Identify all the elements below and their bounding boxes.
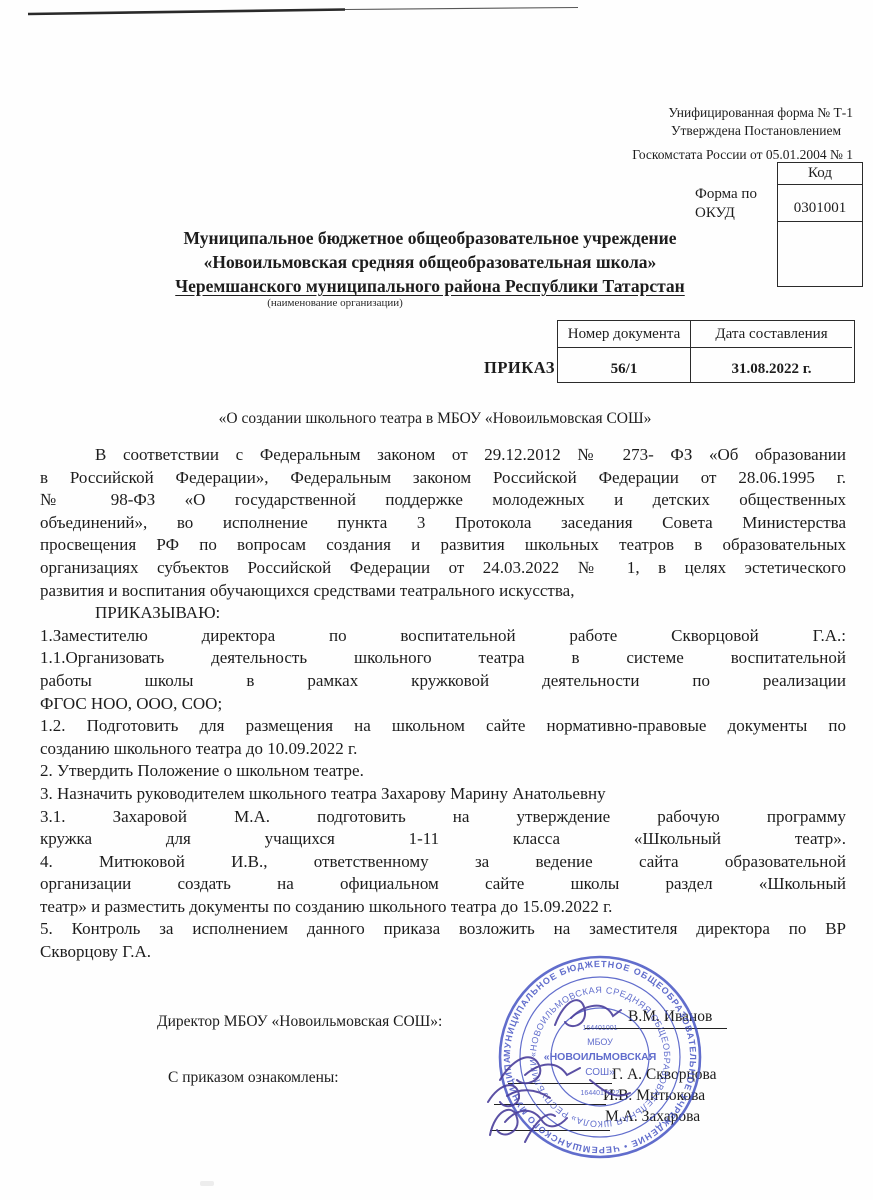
director-label: Директор МБОУ «Новоильмовская СОШ»: <box>157 1013 442 1031</box>
acknowledged-label: С приказом ознакомлены: <box>168 1069 339 1087</box>
body-line: 2. Утвердить Положение о школьном театре… <box>40 760 846 783</box>
order-title: ПРИКАЗ <box>484 358 555 378</box>
order-number-value: 56/1 <box>558 348 691 382</box>
order-body: В соответствии с Федеральным законом от … <box>40 444 846 964</box>
body-line: 3.1. Захаровой М.А. подготовить на утвер… <box>40 806 846 829</box>
organization-caption: (наименование организации) <box>65 297 605 309</box>
school-stamp: МУНИЦИПАЛЬНОЕ БЮДЖЕТНОЕ ОБЩЕОБРАЗОВАТЕЛЬ… <box>455 930 785 1190</box>
form-header: Унифицированная форма № Т-1 Утверждена П… <box>420 104 853 164</box>
body-line: созданию школьного театра до 10.09.2022 … <box>40 738 846 761</box>
stamp-bottom-code: 1644017022 <box>581 1090 620 1097</box>
organization-name: Муниципальное бюджетное общеобразователь… <box>65 226 795 298</box>
scan-smudge <box>200 1181 214 1186</box>
body-line: 1.1.Организовать деятельность школьного … <box>40 647 846 670</box>
body-line: работы школы в рамках кружковой деятельн… <box>40 670 846 693</box>
body-line: В соответствии с Федеральным законом от … <box>40 444 846 467</box>
document-page: Унифицированная форма № Т-1 Утверждена П… <box>0 0 873 1200</box>
form-header-line2: Утверждена Постановлением <box>420 122 853 140</box>
body-line: театр» и разместить документы по создани… <box>40 896 846 919</box>
body-line: ФГОС НОО, ООО, СОО; <box>40 693 846 716</box>
body-line: 3. Назначить руководителем школьного теа… <box>40 783 846 806</box>
organization-line3: Черемшанского муниципального района Респ… <box>65 274 795 298</box>
okud-code-header: Код <box>778 163 862 185</box>
body-line: 4. Митюковой И.В., ответственному за вед… <box>40 851 846 874</box>
stamp-center-line1: МБОУ <box>587 1037 613 1047</box>
order-number-header: Номер документа <box>558 321 691 348</box>
okud-label: Форма по ОКУД <box>695 185 775 223</box>
okud-label-line2: ОКУД <box>695 204 775 223</box>
body-line: в Российской Федерации», Федеральным зак… <box>40 467 846 490</box>
body-line: 1.2. Подготовить для размещения на школь… <box>40 715 846 738</box>
okud-code-value: 0301001 <box>778 185 862 222</box>
order-table: Номер документа Дата составления 56/1 31… <box>557 320 855 383</box>
okud-label-line1: Форма по <box>695 185 775 204</box>
body-line: объединений», во исполнение пункта 3 Про… <box>40 512 846 535</box>
order-date-value: 31.08.2022 г. <box>691 348 852 382</box>
scan-artifact-line <box>0 0 873 30</box>
order-date-header: Дата составления <box>691 321 852 348</box>
body-line: № 98-ФЗ «О государственной поддержке мол… <box>40 489 846 512</box>
form-header-line1: Унифицированная форма № Т-1 <box>420 104 853 122</box>
stamp-center-line2: «НОВОИЛЬМОВСКАЯ <box>544 1051 657 1063</box>
body-line: развития и воспитания обучающихся средст… <box>40 580 846 603</box>
body-line: организации создать на официальном сайте… <box>40 873 846 896</box>
order-subject: «О создании школьного театра в МБОУ «Нов… <box>40 410 830 428</box>
stamp-top-code: 164401001 <box>582 1025 617 1032</box>
body-line: 1.Заместителю директора по воспитательно… <box>40 625 846 648</box>
body-line: ПРИКАЗЫВАЮ: <box>40 602 846 625</box>
organization-line1: Муниципальное бюджетное общеобразователь… <box>65 226 795 250</box>
stamp-center-line3: СОШ» <box>585 1067 615 1078</box>
body-line: организациях субъектов Российской Федера… <box>40 557 846 580</box>
svg-text:«НОВОИЛЬМОВСКАЯ СРЕДНЯЯ ОБЩЕОБ: «НОВОИЛЬМОВСКАЯ СРЕДНЯЯ ОБЩЕОБРАЗОВАТЕЛЬ… <box>455 930 672 1129</box>
body-line: просвещения РФ по вопросам создания и ра… <box>40 534 846 557</box>
organization-line2: «Новоильмовская средняя общеобразователь… <box>65 250 795 274</box>
stamp-ring-inner-text: «НОВОИЛЬМОВСКАЯ СРЕДНЯЯ ОБЩЕОБРАЗОВАТЕЛЬ… <box>455 930 672 1129</box>
body-line: кружка для учащихся 1-11 класса «Школьны… <box>40 828 846 851</box>
